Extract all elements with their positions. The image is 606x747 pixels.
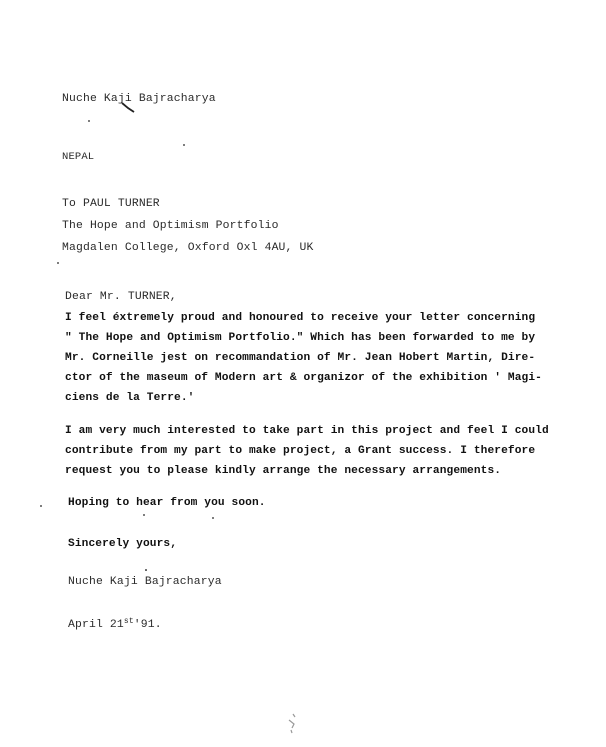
ink-mark-icon: [120, 100, 144, 114]
date-suffix: '91.: [134, 619, 162, 631]
paragraph-1-line: ctor of the maseum of Modern art & organ…: [65, 371, 542, 385]
closing-line: Hoping to hear from you soon.: [68, 496, 266, 510]
scan-speck: [143, 514, 145, 516]
signature-name: Nuche Kaji Bajracharya: [68, 575, 222, 589]
recipient-line-3: Magdalen College, Oxford Oxl 4AU, UK: [62, 241, 313, 255]
date-prefix: April 21: [68, 619, 124, 631]
scan-smudge-icon: [285, 712, 301, 734]
letter-page: Nuche Kaji Bajracharya NEPAL To PAUL TUR…: [0, 0, 606, 747]
letter-date: April 21st'91.: [68, 618, 162, 632]
paragraph-1-line: Mr. Corneille jest on recommandation of …: [65, 351, 535, 365]
scan-speck: [145, 569, 147, 571]
salutation: Dear Mr. TURNER,: [65, 290, 177, 304]
date-ordinal: st: [124, 617, 134, 626]
scan-speck: [183, 144, 185, 146]
scan-speck: [40, 505, 42, 507]
scan-speck: [88, 120, 90, 122]
scan-speck: [57, 262, 59, 264]
valediction: Sincerely yours,: [68, 537, 177, 551]
paragraph-1-line: I feel éxtremely proud and honoured to r…: [65, 311, 535, 325]
recipient-line-1: To PAUL TURNER: [62, 197, 160, 211]
sender-country: NEPAL: [62, 150, 94, 164]
paragraph-2-line: contribute from my part to make project,…: [65, 444, 535, 458]
paragraph-1-line: " The Hope and Optimism Portfolio." Whic…: [65, 331, 535, 345]
scan-speck: [212, 517, 214, 519]
paragraph-1-line: ciens de la Terre.': [65, 391, 194, 405]
paragraph-2-line: request you to please kindly arrange the…: [65, 464, 501, 478]
paragraph-2-line: I am very much interested to take part i…: [65, 424, 549, 438]
recipient-line-2: The Hope and Optimism Portfolio: [62, 219, 279, 233]
